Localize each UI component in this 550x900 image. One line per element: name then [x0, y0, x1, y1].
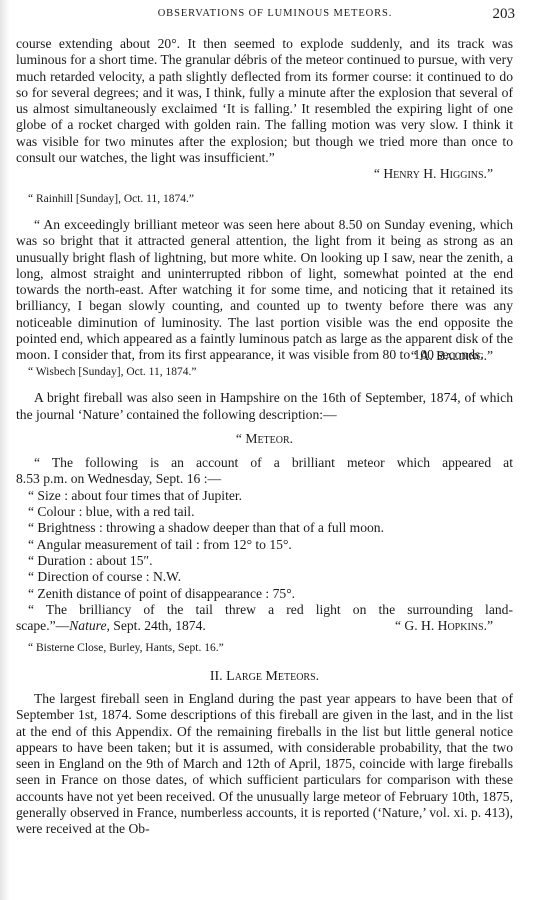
observation-duration: “ Duration : about 15″. [28, 553, 513, 569]
nature-intro-line-2: 8.53 p.m. on Wednesday, Sept. 16 :— [16, 471, 513, 487]
dateline-wisbech: “ Wisbech [Sunday], Oct. 11, 1874.” [28, 364, 513, 380]
hampshire-intro: A bright fireball was also seen in Hamps… [16, 390, 513, 423]
observation-colour: “ Colour : blue, with a red tail. [28, 504, 513, 520]
book-page: Observations of Luminous Meteors. 203 co… [0, 0, 550, 900]
page-number: 203 [493, 6, 516, 23]
closing-line-2: scape.”—Nature, Sept. 24th, 1874. “ G. H… [16, 618, 513, 634]
closing-date: , Sept. 24th, 1874. [106, 618, 205, 633]
observation-size: “ Size : about four times that of Jupite… [28, 488, 513, 504]
section-title: II. Large Meteors. [16, 669, 513, 685]
page-edge-shadow [0, 0, 10, 900]
page-body: course extending about 20°. It then seem… [16, 36, 513, 838]
journal-name: Nature [69, 618, 106, 633]
signature-hopkins: “ G. H. Hopkins.” [395, 618, 493, 634]
large-meteors-paragraph: The largest fireball seen in England dur… [16, 691, 513, 838]
dateline-rainhill: “ Rainhill [Sunday], Oct. 11, 1874.” [28, 191, 513, 207]
page-header: Observations of Luminous Meteors. 203 [0, 6, 550, 26]
signature-higgins: “ Henry H. Higgins.” [16, 166, 513, 182]
running-title: Observations of Luminous Meteors. [0, 8, 550, 19]
higgins-paragraph: course extending about 20°. It then seem… [16, 36, 513, 166]
observation-angular-measurement: “ Angular measurement of tail : from 12°… [28, 537, 513, 553]
nature-intro-line-1: “ The following is an account of a brill… [16, 455, 513, 471]
observation-brightness: “ Brightness : throwing a shadow deeper … [28, 520, 513, 536]
balding-paragraph: “ An exceedingly brilliant meteor was se… [16, 217, 513, 364]
observation-direction: “ Direction of course : N.W. [28, 569, 513, 585]
meteor-heading: “ Meteor. [16, 431, 513, 447]
dateline-bisterne: “ Bisterne Close, Burley, Hants, Sept. 1… [28, 640, 513, 656]
closing-line-1: “ The brilliancy of the tail threw a red… [28, 602, 513, 618]
closing-prefix: scape.”— [16, 618, 69, 633]
observation-zenith-distance: “ Zenith distance of point of disappeara… [28, 586, 513, 602]
